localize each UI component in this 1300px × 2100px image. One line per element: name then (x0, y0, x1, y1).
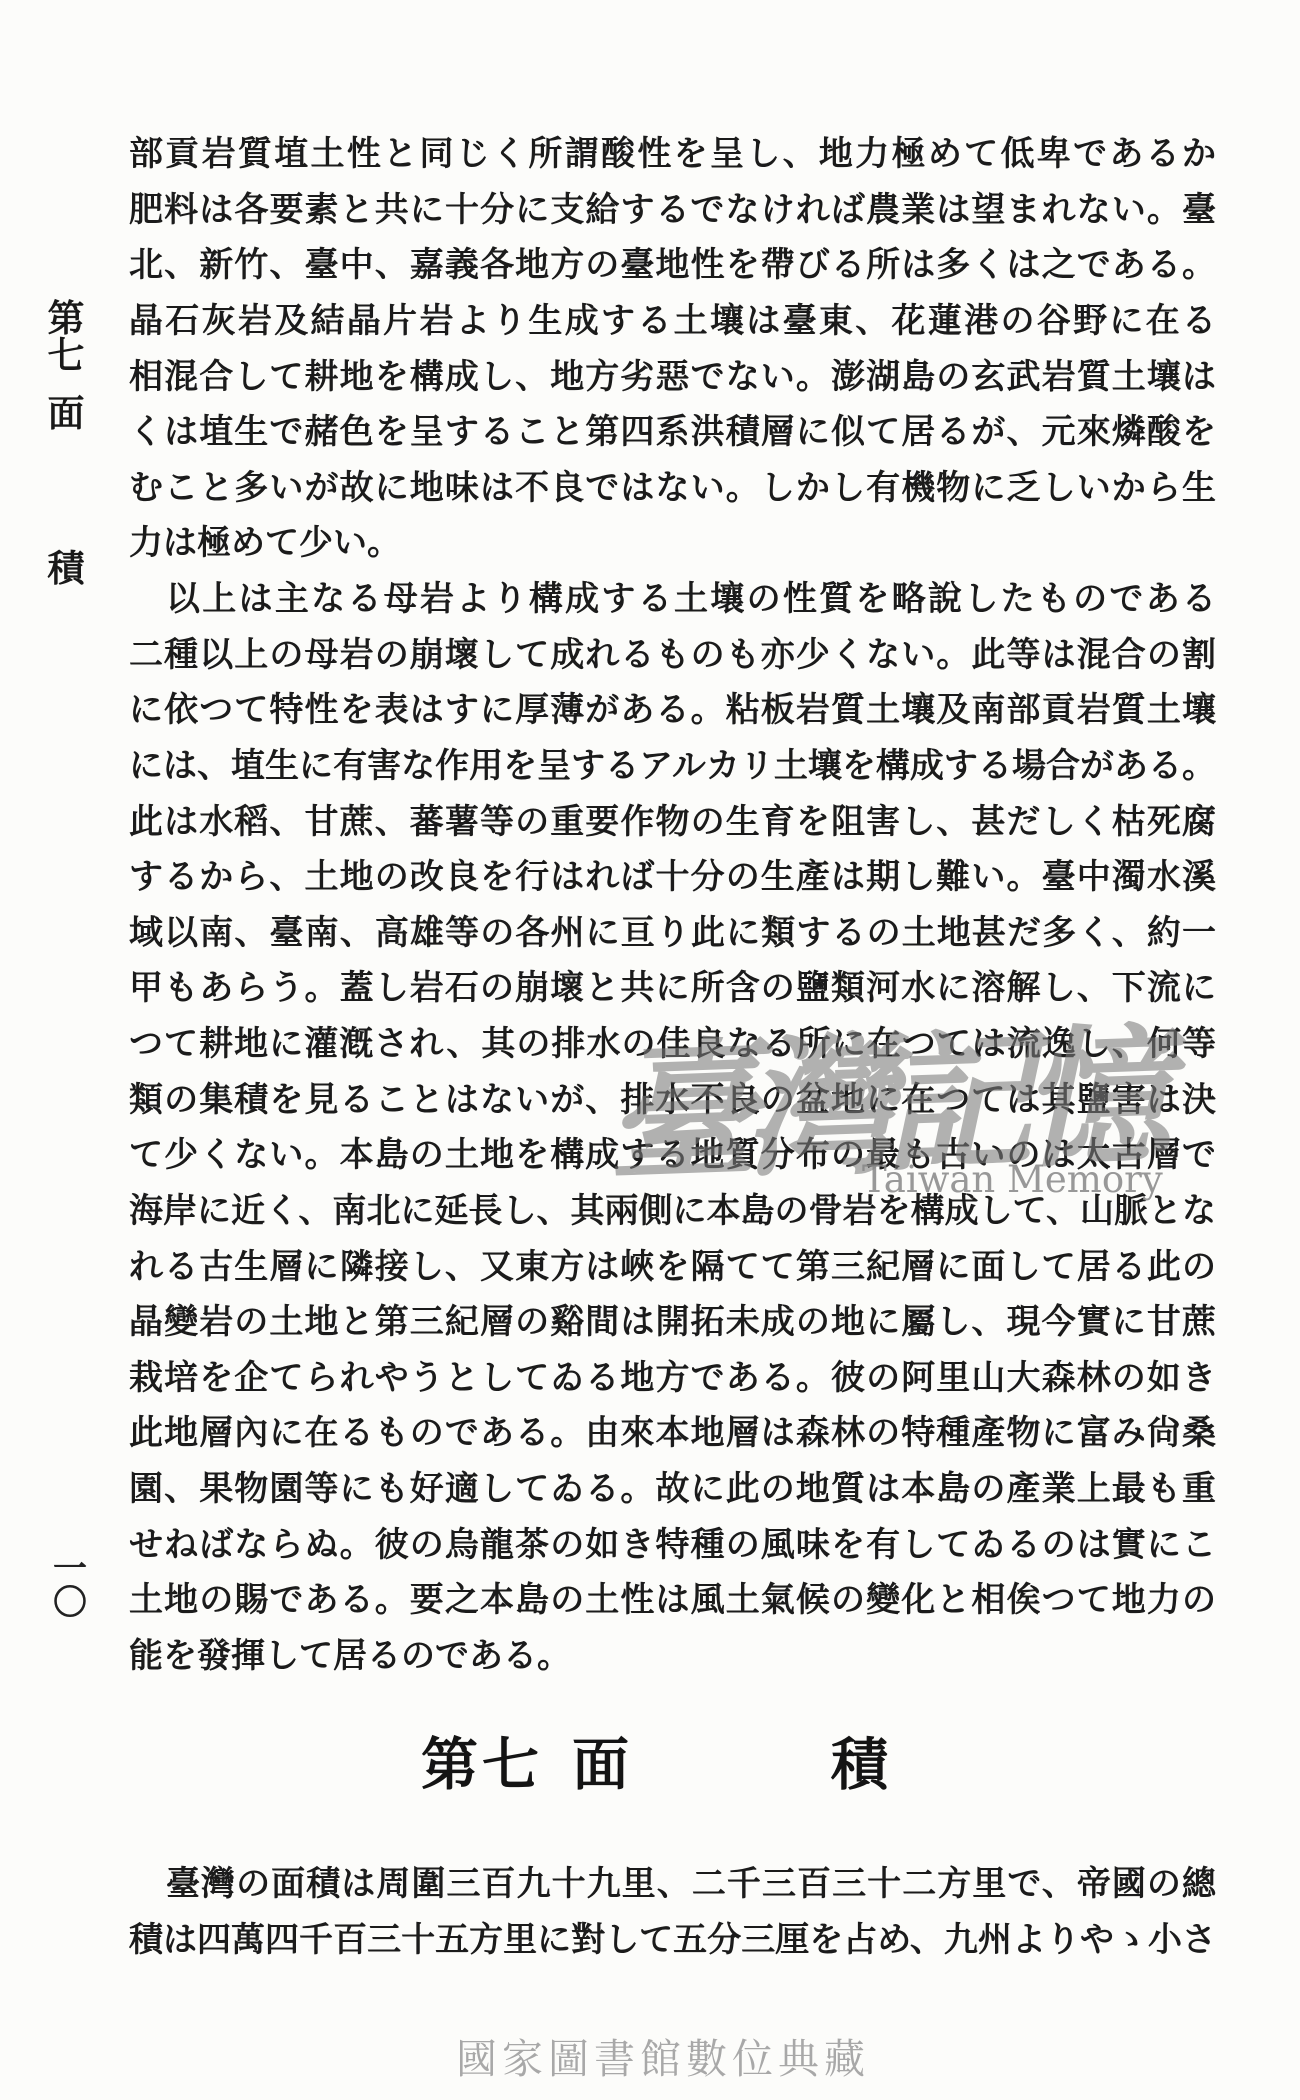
margin-chapter-char: 第 (44, 300, 88, 337)
page-number-char: 〇 (48, 1586, 92, 1620)
scanned-page: 第 七 面 積 一 〇 部貢岩質埴土性と同じく所謂酸性を呈し、地力極めて低卑であ… (0, 0, 1300, 2100)
text-line: 積は四萬四千百三十五方里に對して五分三厘を占め、九州よりやゝ小さ (129, 1913, 1216, 1969)
text-line: 臺灣の面積は周圍三百九十九里、二千三百三十二方里で、帝國の總面 (129, 1857, 1216, 1913)
section-opening-paragraph: 臺灣の面積は周圍三百九十九里、二千三百三十二方里で、帝國の總面 積は四萬四千百三… (129, 1857, 1216, 1968)
text-line: 力は極めて少い。 (129, 516, 1216, 572)
section-heading-char: 積 (831, 1736, 888, 1793)
text-line: には、埴生に有害な作用を呈するアルカリ土壤を構成する場合がある。 (129, 739, 1216, 795)
page-number-char: 一 (48, 1552, 92, 1586)
section-heading: 第七 面 積 (0, 1736, 1300, 1806)
text-line: 以上は主なる母岩より構成する土壤の性質を略說したものであるが、 (129, 572, 1216, 628)
text-line: 甲もあらう。蓋し岩石の崩壞と共に所含の鹽類河水に溶解し、下流に到 (129, 961, 1216, 1017)
text-line: せねばならぬ。彼の烏龍茶の如き特種の風味を有してゐるのは實にこの (129, 1518, 1216, 1574)
watermark-library-archive: 國家圖書館數位典藏 (456, 2026, 870, 2085)
text-line: 類の集積を見ることはないが、排水不良の盆地に在つては其鹽害は決し (129, 1073, 1216, 1129)
text-line: 肥料は各要素と共に十分に支給するでなければ農業は望まれない。臺 (129, 183, 1216, 239)
text-line: 域以南、臺南、高雄等の各州に亘り此に類するの土地甚だ多く、約一萬 (129, 906, 1216, 962)
text-line: て少くない。本島の土地を構成する地質分布の最も古いのは太古層で東 (129, 1128, 1216, 1184)
text-line: 栽培を企てられやうとしてゐる地方である。彼の阿里山大森林の如きも (129, 1351, 1216, 1407)
body-text: 部貢岩質埴土性と同じく所謂酸性を呈し、地力極めて低卑であるから、 肥料は各要素と… (129, 127, 1216, 1685)
text-line: むこと多いが故に地味は不良ではない。しかし有機物に乏しいから生產 (129, 461, 1216, 517)
section-heading-char: 面 (572, 1736, 629, 1793)
text-line: 晶石灰岩及結晶片岩より生成する土壤は臺東、花蓮港の谷野に在るが、 (129, 294, 1216, 350)
text-line: つて耕地に灌漑され、其の排水の佳良なる所に在つては流逸し、何等鹽 (129, 1017, 1216, 1073)
text-line: 此は水稻、甘蔗、蕃薯等の重要作物の生育を阻害し、甚だしく枯死腐蝕 (129, 795, 1216, 851)
text-line: 海岸に近く、南北に延長し、其兩側に本島の骨岩を構成して、山脈とな (129, 1184, 1216, 1240)
margin-chapter-char: 七 (44, 337, 88, 374)
text-line: 此地層內に在るものである。由來本地層は森林の特種產物に富み尙桑 (129, 1406, 1216, 1462)
text-line: 園、果物園等にも好適してゐる。故に此の地質は本島の產業上最も重視 (129, 1462, 1216, 1518)
text-line: 晶變岩の土地と第三紀層の谿間は開拓未成の地に屬し、現今實に甘蔗の (129, 1295, 1216, 1351)
text-line: くは埴生で赭色を呈すること第四系洪積層に似て居るが、元來燐酸を含 (129, 405, 1216, 461)
text-line: れる古生層に隣接し、又東方は峽を隔てて第三紀層に面して居る此の結 (129, 1240, 1216, 1296)
text-line: 能を發揮して居るのである。 (129, 1629, 1216, 1685)
margin-chapter-char: 面 (44, 395, 88, 432)
text-line: するから、土地の改良を行はれば十分の生產は期し難い。臺中濁水溪流 (129, 850, 1216, 906)
text-line: に依つて特性を表はすに厚薄がある。粘板岩質土壤及南部貢岩質土壤中 (129, 683, 1216, 739)
text-line: 二種以上の母岩の崩壞して成れるものも亦少くない。此等は混合の割合 (129, 628, 1216, 684)
margin-chapter-char: 積 (44, 550, 88, 587)
text-line: 北、新竹、臺中、嘉義各地方の臺地性を帶びる所は多くは之である。結 (129, 238, 1216, 294)
text-line: 相混合して耕地を構成し、地方劣惡でない。澎湖島の玄武岩質土壤は多 (129, 350, 1216, 406)
section-heading-number: 第七 (421, 1736, 543, 1793)
text-line: 土地の賜である。要之本島の土性は風土氣候の變化と相俟つて地力の本 (129, 1573, 1216, 1629)
text-line: 部貢岩質埴土性と同じく所謂酸性を呈し、地力極めて低卑であるから、 (129, 127, 1216, 183)
